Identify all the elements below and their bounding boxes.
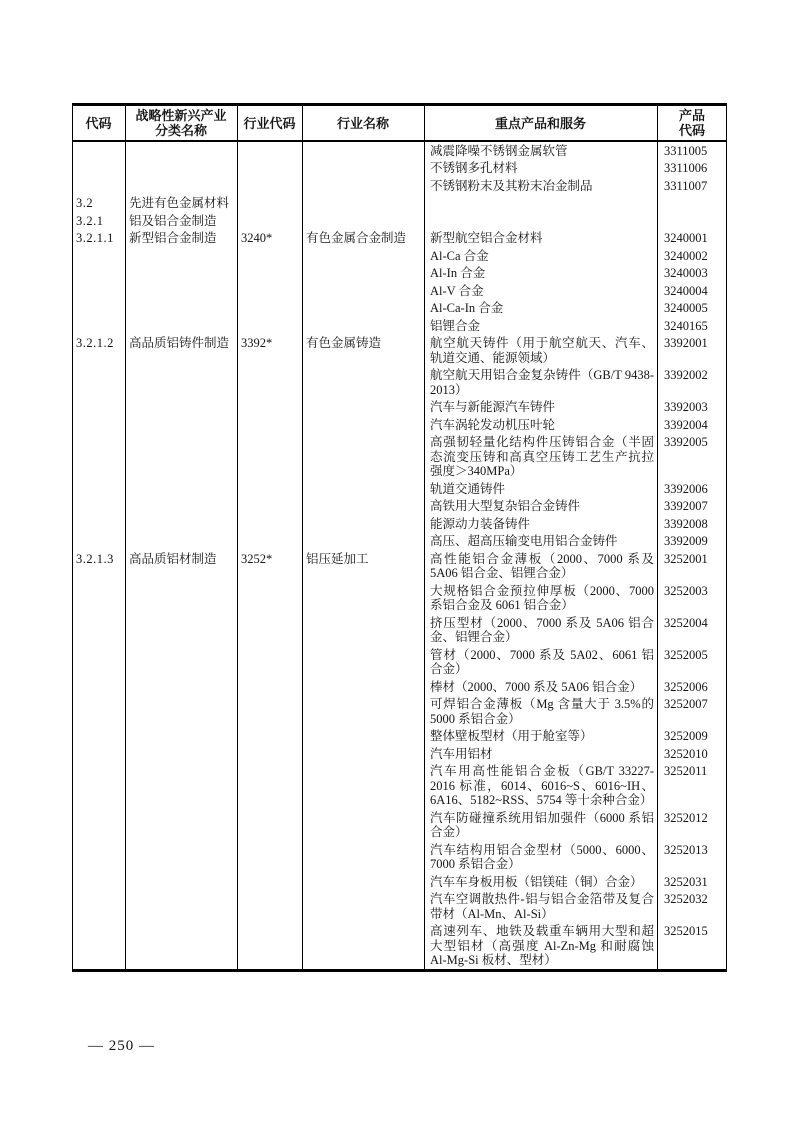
cell-code [72, 498, 125, 516]
cell-category-name [125, 416, 237, 434]
table-row: 可焊铝合金薄板（Mg 含量大于 3.5%的 5000 系铝合金） 3252007 [72, 696, 727, 728]
cell-product: Al-V 合金 [424, 282, 657, 300]
cell-category-name [125, 177, 237, 195]
cell-product: Al-In 合金 [424, 265, 657, 283]
cell-industry-code [237, 891, 302, 909]
cell-code [72, 317, 125, 335]
cell-industry-code [237, 841, 302, 859]
cell-category-name [125, 399, 237, 417]
classification-table: 代码 战略性新兴产业 分类名称 行业代码 行业名称 重点产品和服务 产品 代码 … [72, 103, 727, 972]
cell-industry-code [237, 533, 302, 551]
cell-product-code: 3252011 [657, 763, 727, 781]
cell-product-code: 3311006 [657, 160, 727, 178]
cell-product-code: 3392007 [657, 498, 727, 516]
cell-industry-code [237, 195, 302, 213]
cell-code [72, 745, 125, 763]
cell-product [424, 195, 657, 213]
cell-category-name [125, 745, 237, 763]
cell-product-code [657, 212, 727, 230]
table-row: 高强韧轻量化结构件压铸铝合金（半固态流变压铸和高真空压铸工艺生产抗拉强度＞340… [72, 434, 727, 481]
cell-industry-name [302, 399, 424, 417]
table-row: Al-Ca-In 合金 3240005 [72, 300, 727, 318]
cell-category-name: 先进有色金属材料 [125, 195, 237, 213]
cell-industry-name [302, 247, 424, 265]
table-row: 3.2.1.1 新型铝合金制造 3240* 有色金属合金制造 新型航空铝合金材料… [72, 230, 727, 248]
cell-product-code: 3240005 [657, 300, 727, 318]
table-row: 汽车防碰撞系统用铝加强件（6000 系铝合金） 3252012 [72, 809, 727, 841]
cell-product: 汽车用铝材 [424, 745, 657, 763]
cell-product-code: 3392008 [657, 515, 727, 533]
cell-product: 汽车涡轮发动机压叶轮 [424, 416, 657, 434]
table-row: 汽车空调散热件-铝与铝合金箔带及复合带材（Al-Mn、Al-Si） 325203… [72, 891, 727, 923]
cell-category-name [125, 160, 237, 178]
cell-code [72, 533, 125, 551]
cell-category-name [125, 515, 237, 533]
cell-category-name: 高品质铝铸件制造 [125, 335, 237, 353]
cell-product: 能源动力装备铸件 [424, 515, 657, 533]
cell-category-name: 铝及铝合金制造 [125, 212, 237, 230]
cell-product: 不锈钢多孔材料 [424, 160, 657, 178]
table-row: Al-In 合金 3240003 [72, 265, 727, 283]
cell-code [72, 480, 125, 498]
cell-industry-name [302, 873, 424, 891]
cell-industry-name: 有色金属合金制造 [302, 230, 424, 248]
table-row: 汽车车身板用板（铝镁硅（铜）合金） 3252031 [72, 873, 727, 891]
cell-code [72, 923, 125, 941]
cell-product-code: 3252012 [657, 809, 727, 827]
cell-industry-name [302, 678, 424, 696]
table-row: 能源动力装备铸件 3392008 [72, 515, 727, 533]
cell-industry-name [302, 480, 424, 498]
table-row: 高压、超高压输变电用铝合金铸件 3392009 [72, 533, 727, 551]
cell-product-code: 3240165 [657, 317, 727, 335]
cell-category-name [125, 282, 237, 300]
cell-industry-code [237, 728, 302, 746]
cell-industry-code [237, 646, 302, 664]
cell-code [72, 142, 125, 160]
cell-industry-code [237, 142, 302, 160]
cell-industry-name [302, 646, 424, 664]
cell-product-code: 3252005 [657, 646, 727, 664]
cell-product-code: 3392003 [657, 399, 727, 417]
cell-industry-name [302, 142, 424, 160]
cell-code: 3.2.1.1 [72, 230, 125, 248]
cell-product: 航空航天用铝合金复杂铸件（GB/T 9438-2013） [424, 367, 657, 399]
cell-product-code: 3240001 [657, 230, 727, 248]
cell-product: 棒材（2000、7000 系及 5A06 铝合金） [424, 678, 657, 696]
cell-category-name [125, 265, 237, 283]
cell-product: 高速列车、地铁及载重车辆用大型和超大型铝材（高强度 Al-Zn-Mg 和耐腐蚀 … [424, 923, 657, 970]
cell-product: 大规格铝合金预拉伸厚板（2000、7000 系铝合金及 6061 铝合金） [424, 582, 657, 614]
cell-industry-code [237, 582, 302, 600]
cell-product: 高强韧轻量化结构件压铸铝合金（半固态流变压铸和高真空压铸工艺生产抗拉强度＞340… [424, 434, 657, 481]
table-row: 高铁用大型复杂铝合金铸件 3392007 [72, 498, 727, 516]
cell-product-code: 3252001 [657, 550, 727, 568]
cell-code [72, 809, 125, 827]
cell-industry-code [237, 923, 302, 941]
cell-industry-name [302, 923, 424, 941]
cell-category-name [125, 763, 237, 781]
cell-code [72, 582, 125, 600]
cell-category-name [125, 367, 237, 385]
cell-industry-code: 3392* [237, 335, 302, 353]
table-body: 减震降噪不锈钢金属软管 3311005 不锈钢多孔材料 3311006 不锈钢粉… [72, 142, 727, 969]
cell-industry-code [237, 498, 302, 516]
cell-category-name [125, 809, 237, 827]
cell-category-name [125, 582, 237, 600]
table-row: Al-Ca 合金 3240002 [72, 247, 727, 265]
cell-category-name [125, 142, 237, 160]
cell-code [72, 696, 125, 714]
cell-product: 汽车车身板用板（铝镁硅（铜）合金） [424, 873, 657, 891]
cell-product-code: 3252003 [657, 582, 727, 600]
cell-category-name [125, 247, 237, 265]
cell-industry-name [302, 300, 424, 318]
cell-category-name [125, 317, 237, 335]
table-row: 3.2.1 铝及铝合金制造 [72, 212, 727, 230]
cell-industry-name: 铝压延加工 [302, 550, 424, 568]
cell-industry-code [237, 873, 302, 891]
cell-industry-code [237, 177, 302, 195]
cell-code [72, 399, 125, 417]
cell-product: 航空航天铸件（用于航空航天、汽车、轨道交通、能源领域） [424, 335, 657, 367]
cell-code [72, 282, 125, 300]
cell-industry-name [302, 195, 424, 213]
table-row: 挤压型材（2000、7000 系及 5A06 铝合金、铝锂合金） 3252004 [72, 614, 727, 646]
cell-industry-name [302, 434, 424, 452]
cell-industry-code [237, 212, 302, 230]
table-row: 轨道交通铸件 3392006 [72, 480, 727, 498]
cell-product-code: 3240002 [657, 247, 727, 265]
header-products: 重点产品和服务 [424, 106, 657, 140]
cell-code: 3.2.1 [72, 212, 125, 230]
cell-product: 高性能铝合金薄板（2000、7000 系及 5A06 铝合金、铝锂合金） [424, 550, 657, 582]
cell-industry-code [237, 745, 302, 763]
cell-product: 可焊铝合金薄板（Mg 含量大于 3.5%的 5000 系铝合金） [424, 696, 657, 728]
cell-industry-code [237, 480, 302, 498]
cell-product-code: 3252013 [657, 841, 727, 859]
cell-industry-name [302, 160, 424, 178]
cell-industry-code [237, 265, 302, 283]
table-row: 汽车用铝材 3252010 [72, 745, 727, 763]
cell-industry-name [302, 614, 424, 632]
cell-category-name [125, 480, 237, 498]
cell-code [72, 728, 125, 746]
page-number: — 250 — [88, 1038, 155, 1055]
cell-product: 挤压型材（2000、7000 系及 5A06 铝合金、铝锂合金） [424, 614, 657, 646]
table-row: 航空航天用铝合金复杂铸件（GB/T 9438-2013） 3392002 [72, 367, 727, 399]
cell-product-code: 3392001 [657, 335, 727, 353]
cell-product-code: 3252010 [657, 745, 727, 763]
cell-product: 高铁用大型复杂铝合金铸件 [424, 498, 657, 516]
cell-category-name [125, 873, 237, 891]
cell-industry-name [302, 498, 424, 516]
cell-industry-name [302, 317, 424, 335]
cell-product: 新型航空铝合金材料 [424, 230, 657, 248]
cell-industry-code [237, 160, 302, 178]
cell-product-code: 3252006 [657, 678, 727, 696]
cell-code [72, 300, 125, 318]
cell-category-name: 新型铝合金制造 [125, 230, 237, 248]
cell-industry-name [302, 582, 424, 600]
cell-product: 汽车防碰撞系统用铝加强件（6000 系铝合金） [424, 809, 657, 841]
cell-product-code: 3240003 [657, 265, 727, 283]
cell-industry-name [302, 533, 424, 551]
cell-product-code: 3252007 [657, 696, 727, 714]
cell-product-code: 3311007 [657, 177, 727, 195]
cell-product-code: 3392002 [657, 367, 727, 385]
cell-product-code: 3392009 [657, 533, 727, 551]
cell-product: 汽车结构用铝合金型材（5000、6000、7000 系铝合金） [424, 841, 657, 873]
table-row: 3.2 先进有色金属材料 [72, 195, 727, 213]
cell-product-code: 3252031 [657, 873, 727, 891]
table-row: 不锈钢多孔材料 3311006 [72, 160, 727, 178]
cell-industry-name [302, 367, 424, 385]
cell-industry-name [302, 265, 424, 283]
cell-industry-code [237, 614, 302, 632]
cell-category-name [125, 728, 237, 746]
cell-category-name [125, 533, 237, 551]
cell-category-name: 高品质铝材制造 [125, 550, 237, 568]
cell-product: 高压、超高压输变电用铝合金铸件 [424, 533, 657, 551]
cell-code [72, 841, 125, 859]
table-row: Al-V 合金 3240004 [72, 282, 727, 300]
table-row: 整体壁板型材（用于舱室等） 3252009 [72, 728, 727, 746]
cell-product: 减震降噪不锈钢金属软管 [424, 142, 657, 160]
cell-industry-code: 3252* [237, 550, 302, 568]
cell-industry-name [302, 809, 424, 827]
cell-code [72, 678, 125, 696]
header-industry-name: 行业名称 [302, 106, 424, 140]
cell-product: 汽车用高性能铝合金板（GB/T 33227-2016 标准，6014、6016~… [424, 763, 657, 810]
cell-industry-code [237, 317, 302, 335]
cell-product: 管材（2000、7000 系及 5A02、6061 铝合金） [424, 646, 657, 678]
header-industry-code: 行业代码 [237, 106, 302, 140]
cell-industry-code [237, 367, 302, 385]
cell-product: 整体壁板型材（用于舱室等） [424, 728, 657, 746]
cell-product-code: 3240004 [657, 282, 727, 300]
cell-industry-code [237, 300, 302, 318]
cell-category-name [125, 614, 237, 632]
cell-product-code: 3252015 [657, 923, 727, 941]
cell-code [72, 367, 125, 385]
cell-product-code: 3311005 [657, 142, 727, 160]
cell-category-name [125, 841, 237, 859]
cell-industry-code [237, 282, 302, 300]
cell-industry-code [237, 399, 302, 417]
table-row: 汽车与新能源汽车铸件 3392003 [72, 399, 727, 417]
cell-code: 3.2 [72, 195, 125, 213]
cell-product-code [657, 195, 727, 213]
cell-code [72, 763, 125, 781]
cell-industry-name [302, 416, 424, 434]
table-row: 汽车涡轮发动机压叶轮 3392004 [72, 416, 727, 434]
cell-industry-name [302, 745, 424, 763]
cell-industry-code: 3240* [237, 230, 302, 248]
cell-category-name [125, 300, 237, 318]
cell-code [72, 515, 125, 533]
cell-code: 3.2.1.2 [72, 335, 125, 353]
cell-code [72, 614, 125, 632]
cell-category-name [125, 923, 237, 941]
cell-category-name [125, 696, 237, 714]
cell-industry-name [302, 515, 424, 533]
cell-industry-name [302, 696, 424, 714]
cell-product-code: 3392006 [657, 480, 727, 498]
cell-industry-name [302, 841, 424, 859]
cell-product: 铝锂合金 [424, 317, 657, 335]
cell-industry-code [237, 515, 302, 533]
cell-industry-name [302, 212, 424, 230]
cell-code [72, 265, 125, 283]
cell-product-code: 3252009 [657, 728, 727, 746]
page: { "page": { "number_label": "— 250 —" },… [0, 0, 793, 1122]
cell-industry-code [237, 247, 302, 265]
header-code: 代码 [72, 106, 125, 140]
cell-product: Al-Ca 合金 [424, 247, 657, 265]
cell-code [72, 416, 125, 434]
cell-industry-code [237, 678, 302, 696]
cell-product: Al-Ca-In 合金 [424, 300, 657, 318]
cell-category-name [125, 646, 237, 664]
cell-code [72, 891, 125, 909]
table-header: 代码 战略性新兴产业 分类名称 行业代码 行业名称 重点产品和服务 产品 代码 [72, 106, 727, 142]
cell-product-code: 3392005 [657, 434, 727, 452]
table-row: 汽车用高性能铝合金板（GB/T 33227-2016 标准，6014、6016~… [72, 763, 727, 810]
cell-product: 汽车空调散热件-铝与铝合金箔带及复合带材（Al-Mn、Al-Si） [424, 891, 657, 923]
cell-product-code: 3392004 [657, 416, 727, 434]
cell-category-name [125, 678, 237, 696]
cell-product-code: 3252032 [657, 891, 727, 909]
cell-industry-name [302, 177, 424, 195]
cell-product: 轨道交通铸件 [424, 480, 657, 498]
cell-category-name [125, 434, 237, 452]
header-category-name: 战略性新兴产业 分类名称 [125, 106, 237, 140]
cell-product-code: 3252004 [657, 614, 727, 632]
cell-code [72, 434, 125, 452]
table-row: 大规格铝合金预拉伸厚板（2000、7000 系铝合金及 6061 铝合金） 32… [72, 582, 727, 614]
cell-industry-code [237, 434, 302, 452]
cell-industry-code [237, 416, 302, 434]
table-row: 高速列车、地铁及载重车辆用大型和超大型铝材（高强度 Al-Zn-Mg 和耐腐蚀 … [72, 923, 727, 970]
cell-industry-code [237, 809, 302, 827]
cell-code [72, 873, 125, 891]
cell-industry-code [237, 696, 302, 714]
cell-industry-name [302, 763, 424, 781]
cell-code: 3.2.1.3 [72, 550, 125, 568]
cell-product: 汽车与新能源汽车铸件 [424, 399, 657, 417]
cell-industry-name [302, 891, 424, 909]
table-row: 棒材（2000、7000 系及 5A06 铝合金） 3252006 [72, 678, 727, 696]
cell-code [72, 160, 125, 178]
cell-code [72, 646, 125, 664]
cell-industry-name [302, 728, 424, 746]
table-row: 铝锂合金 3240165 [72, 317, 727, 335]
cell-industry-code [237, 763, 302, 781]
cell-industry-name: 有色金属铸造 [302, 335, 424, 353]
table-row: 汽车结构用铝合金型材（5000、6000、7000 系铝合金） 3252013 [72, 841, 727, 873]
cell-industry-name [302, 282, 424, 300]
table-row: 不锈钢粉末及其粉末冶金制品 3311007 [72, 177, 727, 195]
cell-product: 不锈钢粉末及其粉末冶金制品 [424, 177, 657, 195]
cell-code [72, 177, 125, 195]
cell-category-name [125, 498, 237, 516]
table-row: 管材（2000、7000 系及 5A02、6061 铝合金） 3252005 [72, 646, 727, 678]
table-row: 3.2.1.3 高品质铝材制造 3252* 铝压延加工 高性能铝合金薄板（200… [72, 550, 727, 582]
header-product-code: 产品 代码 [657, 106, 727, 140]
cell-code [72, 247, 125, 265]
table-row: 3.2.1.2 高品质铝铸件制造 3392* 有色金属铸造 航空航天铸件（用于航… [72, 335, 727, 367]
cell-category-name [125, 891, 237, 909]
table-row: 减震降噪不锈钢金属软管 3311005 [72, 142, 727, 160]
cell-product [424, 212, 657, 230]
